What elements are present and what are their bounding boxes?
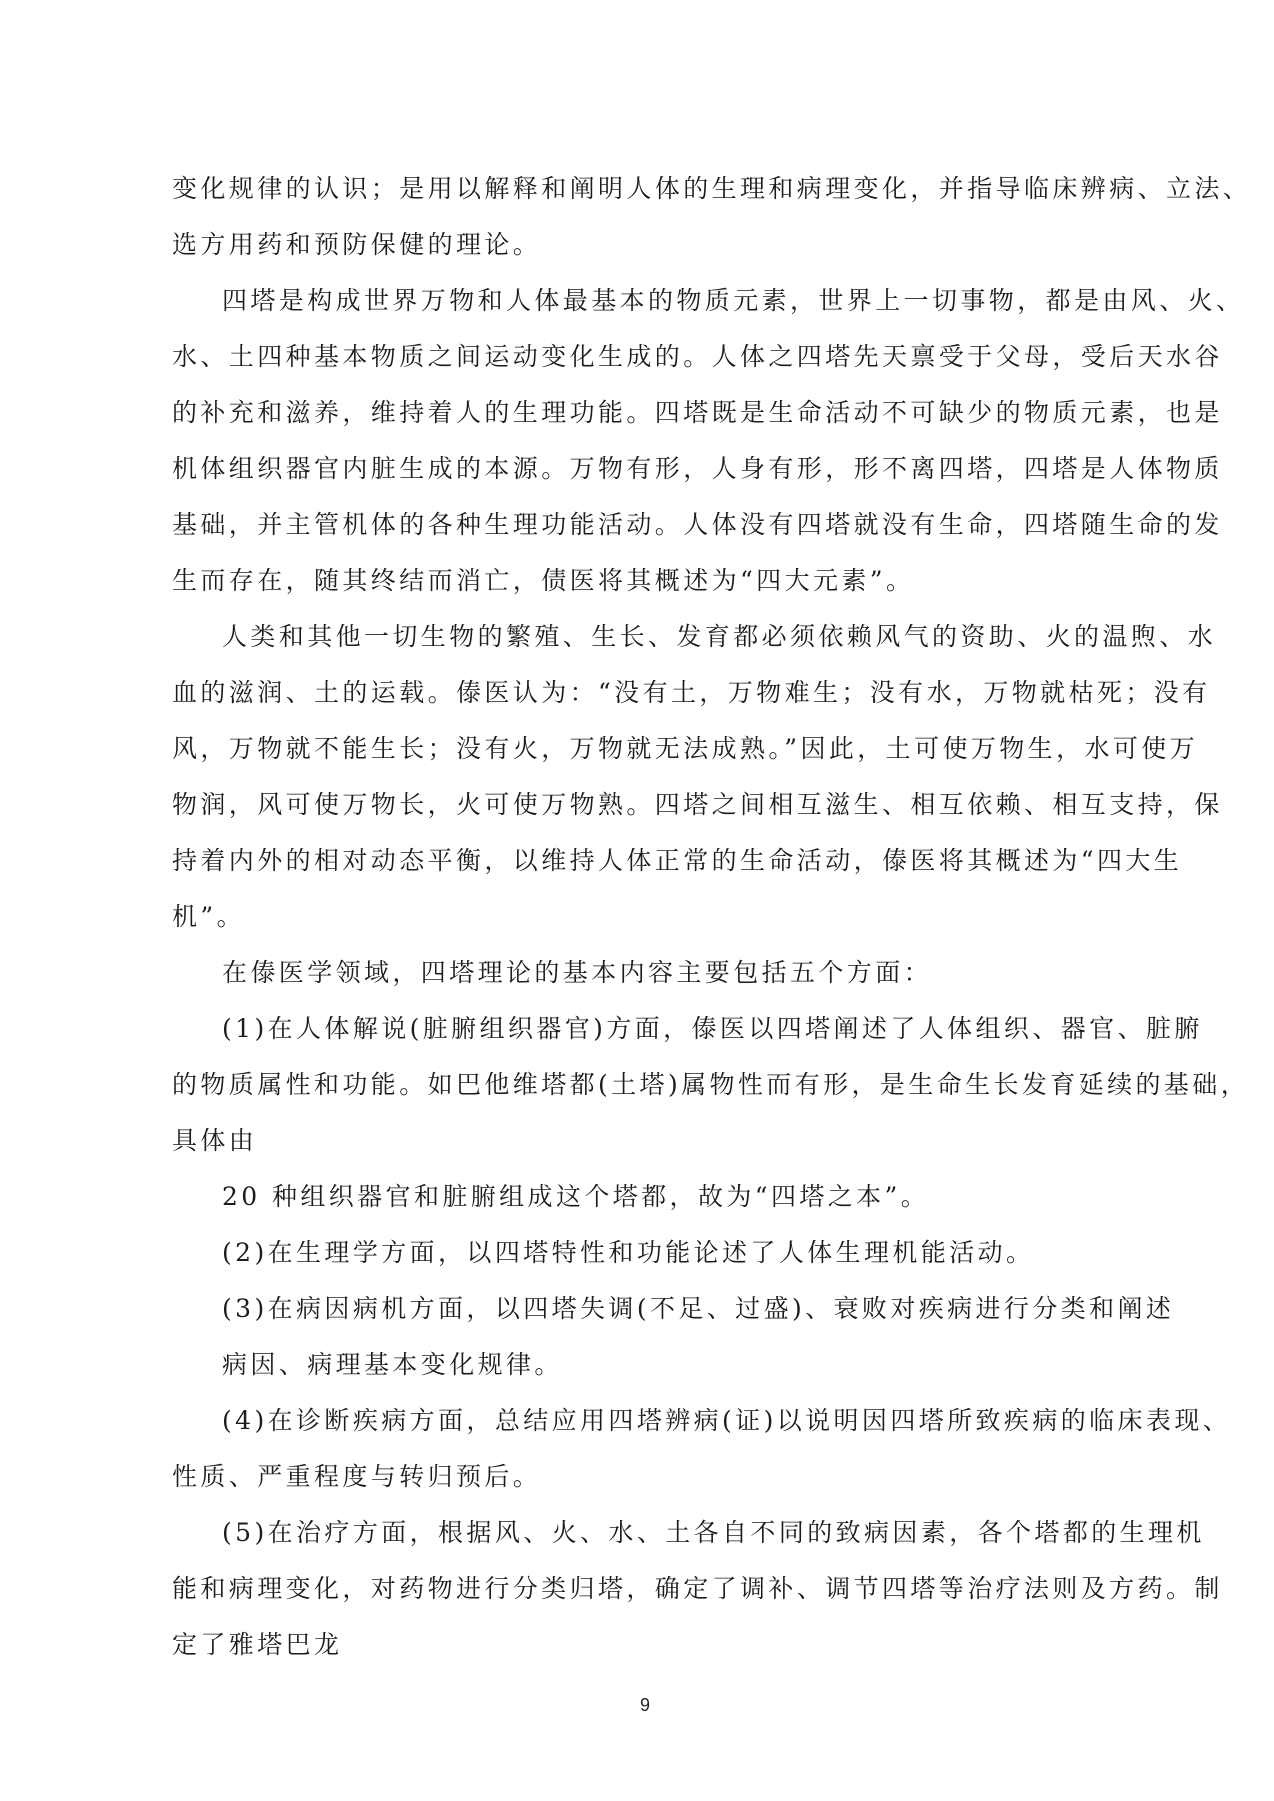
page-number: 9 <box>630 1692 660 1718</box>
text-line: 20 种组织器官和脏腑组成这个塔都，故为“四塔之本”。 <box>222 1169 929 1225</box>
text-line: 变化规律的认识；是用以解释和阐明人体的生理和病理变化，并指导临床辨病、立法、 <box>172 161 1251 217</box>
paragraph-start-line: 四塔是构成世界万物和人体最基本的物质元素，世界上一切事物，都是由风、火、 <box>222 273 1244 329</box>
list-item-1-line: (1)在人体解说(脏腑组织器官)方面，傣医以四塔阐述了人体组织、器官、脏腑 <box>222 1001 1203 1057</box>
text-line: 血的滋润、土的运载。傣医认为：“没有土，万物难生；没有水，万物就枯死；没有 <box>172 665 1211 721</box>
text-line: 持着内外的相对动态平衡，以维持人体正常的生命活动，傣医将其概述为“四大生 <box>172 833 1182 889</box>
list-item-4-line: (4)在诊断疾病方面，总结应用四塔辨病(证)以说明因四塔所致疾病的临床表现、 <box>222 1393 1231 1449</box>
text-line: 的物质属性和功能。如巴他维塔都(土塔)属物性而有形，是生命生长发育延续的基础， <box>172 1057 1249 1113</box>
paragraph-start-line: 人类和其他一切生物的繁殖、生长、发育都必须依赖风气的资助、火的温煦、水 <box>222 609 1216 665</box>
text-line: 生而存在，随其终结而消亡，债医将其概述为“四大元素”。 <box>172 553 914 609</box>
text-line: 性质、严重程度与转归预后。 <box>172 1449 541 1505</box>
paragraph-start-line: 在傣医学领域，四塔理论的基本内容主要包括五个方面： <box>222 945 932 1001</box>
text-line: 能和病理变化，对药物进行分类归塔，确定了调补、调节四塔等治疗法则及方药。制 <box>172 1561 1223 1617</box>
text-line: 机体组织器官内脏生成的本源。万物有形，人身有形，形不离四塔，四塔是人体物质 <box>172 441 1223 497</box>
text-line: 风，万物就不能生长；没有火，万物就无法成熟。”因此，土可使万物生，水可使万 <box>172 721 1198 777</box>
text-line: 具体由 <box>172 1113 257 1169</box>
text-line: 选方用药和预防保健的理论。 <box>172 217 541 273</box>
list-item-5-line: (5)在治疗方面，根据风、火、水、土各自不同的致病因素，各个塔都的生理机 <box>222 1505 1205 1561</box>
list-item-3-line: (3)在病因病机方面，以四塔失调(不足、过盛)、衰败对疾病进行分类和阐述 <box>222 1281 1174 1337</box>
text-line: 病因、病理基本变化规律。 <box>222 1337 563 1393</box>
text-line: 水、土四种基本物质之间运动变化生成的。人体之四塔先天禀受于父母，受后天水谷 <box>172 329 1223 385</box>
list-item-2-line: (2)在生理学方面，以四塔特性和功能论述了人体生理机能活动。 <box>222 1225 1034 1281</box>
text-line: 机”。 <box>172 889 245 945</box>
text-line: 的补充和滋养，维持着人的生理功能。四塔既是生命活动不可缺少的物质元素，也是 <box>172 385 1223 441</box>
document-page: 变化规律的认识；是用以解释和阐明人体的生理和病理变化，并指导临床辨病、立法、 选… <box>0 0 1274 1801</box>
text-line: 物润，风可使万物长，火可使万物熟。四塔之间相互滋生、相互依赖、相互支持，保 <box>172 777 1223 833</box>
text-line: 定了雅塔巴龙 <box>172 1617 342 1673</box>
text-line: 基础，并主管机体的各种生理功能活动。人体没有四塔就没有生命，四塔随生命的发 <box>172 497 1223 553</box>
